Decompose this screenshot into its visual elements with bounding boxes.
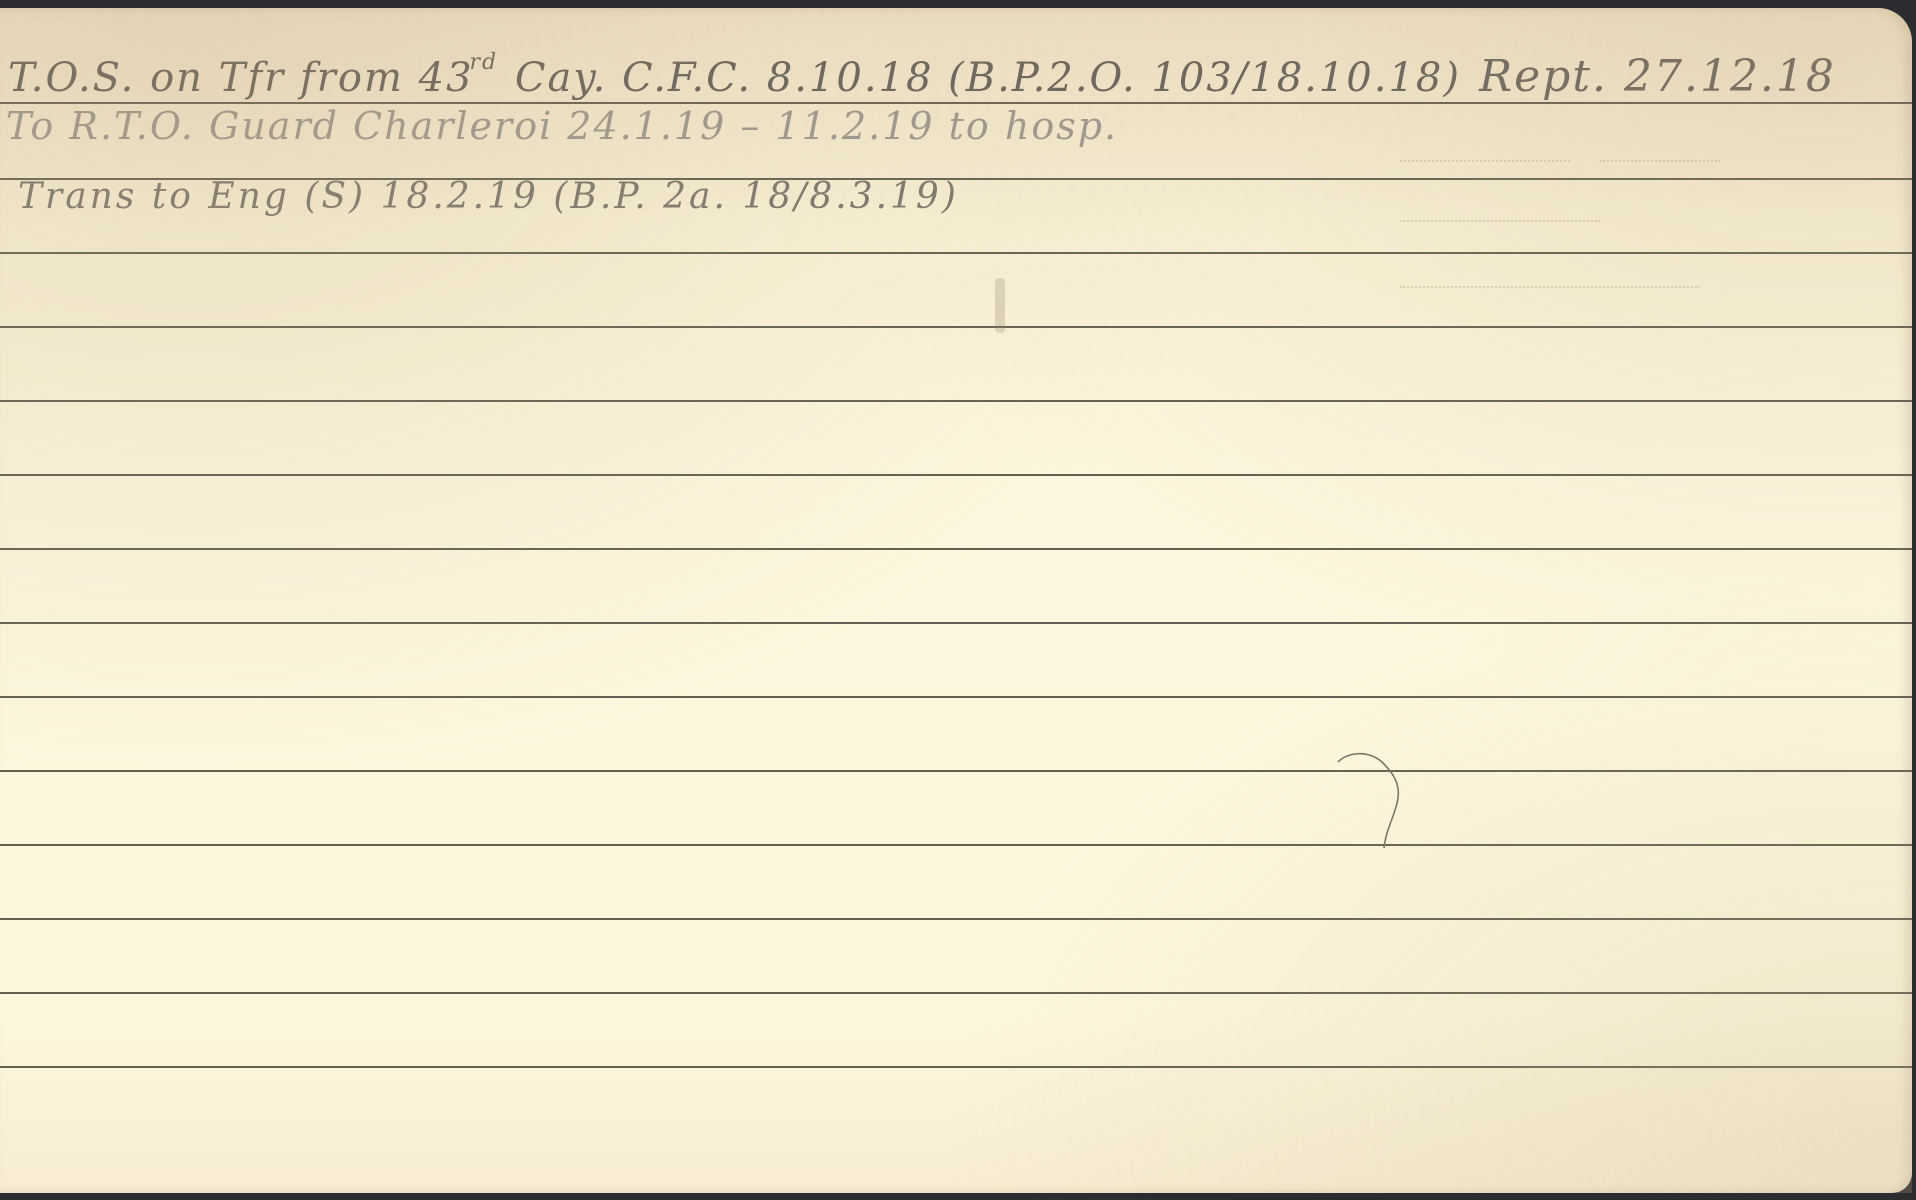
entry-line-3: Trans to Eng (S) 18.2.19 (B.P. 2a. 18/8.… (18, 176, 959, 217)
ruled-line (0, 474, 1912, 476)
ruled-line (0, 1066, 1912, 1068)
ruled-line (0, 770, 1912, 772)
faint-dotted-line (1400, 220, 1600, 222)
stray-pencil-mark (1330, 748, 1410, 858)
faint-dotted-line (1400, 160, 1570, 162)
ruled-line (0, 400, 1912, 402)
entry-1-annotation: Rept. 27.12.18 (1479, 51, 1836, 102)
entry-2-text: To R.T.O. Guard Charleroi 24.1.19 – 11.2… (6, 104, 1118, 148)
ruled-line (0, 548, 1912, 550)
ruled-line (0, 326, 1912, 328)
entry-1-text-cont: Cay. C.F.C. 8.10.18 (B.P.2.O. 103/18.10.… (500, 55, 1461, 101)
ruled-line (0, 696, 1912, 698)
ruled-line (0, 252, 1912, 254)
ruled-line (0, 992, 1912, 994)
entry-1-superscript: rd (470, 50, 499, 75)
ruled-line (0, 622, 1912, 624)
paper-smudge (995, 278, 1005, 333)
entry-3-text: Trans to Eng (S) 18.2.19 (B.P. 2a. 18/8.… (18, 176, 959, 217)
record-card: T.O.S. on Tfr from 43rd Cay. C.F.C. 8.10… (0, 8, 1912, 1193)
entry-line-2: To R.T.O. Guard Charleroi 24.1.19 – 11.2… (6, 104, 1118, 148)
ruled-line (0, 918, 1912, 920)
faint-dotted-line (1400, 286, 1700, 288)
ruled-line (0, 844, 1912, 846)
faint-dotted-line (1600, 160, 1720, 162)
entry-1-text: T.O.S. on Tfr from 43 (8, 55, 474, 101)
entry-line-1: T.O.S. on Tfr from 43rd Cay. C.F.C. 8.10… (8, 50, 1836, 102)
